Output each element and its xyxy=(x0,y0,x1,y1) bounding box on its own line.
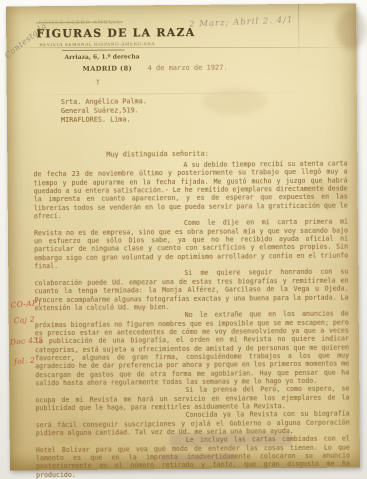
body-paragraph: Como le dije en mi carta primera mi Revi… xyxy=(34,218,348,271)
archive-note-box: Caj 2 xyxy=(13,315,35,326)
letterhead-divider xyxy=(62,50,124,52)
typed-date: 4 de marzo de 1927. xyxy=(147,64,227,73)
letter-body: A su debido tiempo recibí su atenta cart… xyxy=(33,160,350,479)
letterhead-address: Arriaza, 6, 1.º derecha xyxy=(64,53,139,61)
archive-note-folio: fol. 2 xyxy=(14,356,36,367)
letter-paper: Contestada 2 Marz; Abril 2. 4/1 .GÓMEZ A… xyxy=(6,3,360,470)
overstamp-smudge xyxy=(170,432,292,447)
body-paragraph: A su debido tiempo recibí su atenta cart… xyxy=(33,160,347,221)
recipient-street: General Suárez,519. xyxy=(61,106,147,116)
body-paragraph: Si la prensa del Perú, como espero, se o… xyxy=(35,385,349,413)
letterhead-title: FIGURAS DE LA RAZA xyxy=(36,26,195,40)
recipient-block: Srta. Angélica Palma. General Suárez,519… xyxy=(61,97,147,125)
salutation: Muy distinguida señorita: xyxy=(106,150,208,159)
letterhead-stamped-name: .GÓMEZ ACEBO AMELIA. xyxy=(36,20,123,27)
recipient-city: MIRAFLORES. Lima. xyxy=(61,115,147,125)
body-paragraph: No le extrañe que en los anuncios de pró… xyxy=(35,310,350,388)
handwritten-note-top-right: 2 Marz; Abril 2. 4/1 xyxy=(189,15,294,30)
stray-typed-mark: T xyxy=(96,79,100,87)
letterhead-city: MADRID (8) xyxy=(82,64,132,72)
scan-background: { "colors": { "paper": "#e7d8a8", "typed… xyxy=(0,0,367,479)
vertical-crease xyxy=(298,4,299,60)
horizontal-crease xyxy=(7,91,357,95)
body-paragraph: Si me quiere seguir honrando con su cola… xyxy=(34,268,348,312)
corner-fold-shadow xyxy=(336,9,366,49)
letterhead-subtitle: REVISTA SEMANAL HISPANO-AMERICANA xyxy=(39,42,155,48)
bottom-stamp-smudge xyxy=(160,454,236,462)
